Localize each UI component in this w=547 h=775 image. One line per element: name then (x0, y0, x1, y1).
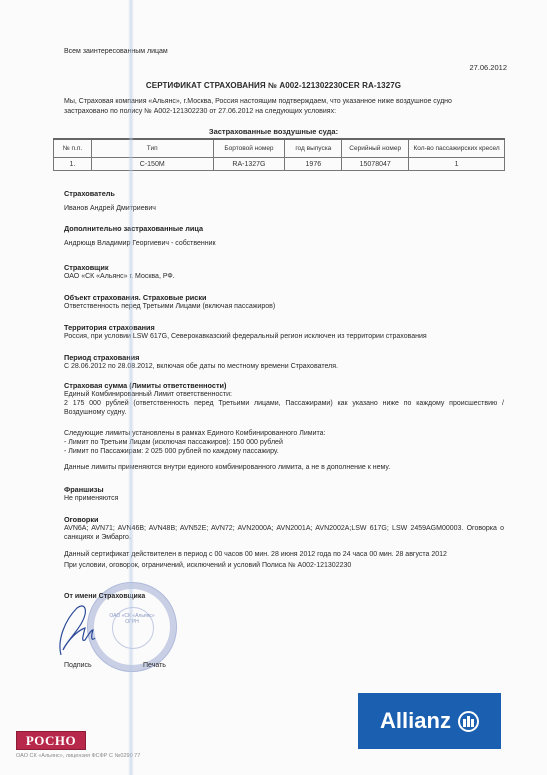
sublimit-passengers: - Лимит по Пассажирам: 2 025 000 рублей … (64, 447, 504, 456)
object-heading: Объект страхования. Страховые риски (64, 293, 504, 302)
insured-section: Страхователь Иванов Андрей Дмитриевич (64, 189, 504, 213)
additional-insured-section: Дополнительно застрахованные лица Андрющ… (64, 224, 504, 248)
col-header-type: Тип (91, 139, 213, 158)
col-header-serial: Серийный номер (342, 139, 409, 158)
clauses-text: AVN6A; AVN71; AVN46B; AVN48B; AVN52E; AV… (64, 524, 504, 542)
period-text: С 28.06.2012 по 28.08.2012, включая обе … (64, 362, 504, 371)
cell-serial: 15078047 (342, 158, 409, 171)
territory-section: Территория страхования Россия, при услов… (64, 323, 504, 341)
sum-insured-line1: Единый Комбинированный Лимит ответственн… (64, 390, 504, 399)
sublimits-intro: Следующие лимиты установлены в рамках Ед… (64, 429, 504, 438)
additional-insured-heading: Дополнительно застрахованные лица (64, 224, 504, 233)
insured-name: Иванов Андрей Дмитриевич (64, 204, 504, 213)
aircraft-table: № п.п. Тип Бортовой номер год выпуска Се… (53, 138, 505, 171)
clauses-section: Оговорки AVN6A; AVN71; AVN46B; AVN48B; A… (64, 515, 504, 542)
seal-text: ОАО «СК «Альянс» ОГРН (102, 613, 162, 625)
allianz-logo: Allianz (358, 693, 501, 749)
cell-type: C-150M (91, 158, 213, 171)
territory-text: Россия, при условии LSW 617G, Северокавк… (64, 332, 504, 341)
insured-heading: Страхователь (64, 189, 504, 198)
period-heading: Период страхования (64, 353, 504, 362)
license-text: ОАО СК «Альянс», лицензия ФСФР С №0290 7… (16, 753, 140, 759)
col-header-tail-number: Бортовой номер (213, 139, 285, 158)
validity-text: Данный сертификат действителен в период … (64, 550, 504, 559)
insurer-name: ОАО «СК «Альянс» г. Москва, РФ. (64, 272, 504, 281)
table-header-row: № п.п. Тип Бортовой номер год выпуска Се… (54, 139, 505, 158)
seal-label: Печать (143, 662, 166, 669)
cell-year: 1976 (285, 158, 342, 171)
object-text: Ответственность перед Третьими Лицами (в… (64, 302, 504, 311)
addressee: Всем заинтересованным лицам (64, 48, 168, 55)
subject-to-text: При условии, оговорок, ограничений, искл… (64, 561, 504, 570)
allianz-wordmark: Allianz (380, 708, 451, 734)
period-section: Период страхования С 28.06.2012 по 28.08… (64, 353, 504, 371)
signature-icon (55, 600, 100, 660)
clauses-heading: Оговорки (64, 515, 504, 524)
deductibles-text: Не применяются (64, 494, 504, 503)
aircraft-table-caption: Застрахованные воздушные суда: (0, 127, 547, 136)
col-header-seats: Кол-во пассажирских кресел (409, 139, 505, 158)
intro-paragraph: Мы, Страховая компания «Альянс», г.Москв… (64, 97, 492, 116)
validity-section: Данный сертификат действителен в период … (64, 550, 504, 570)
cell-seats: 1 (409, 158, 505, 171)
additional-insured-name: Андрющв Владимир Георгиевич - собственни… (64, 239, 504, 248)
insurer-section: Страховщик ОАО «СК «Альянс» г. Москва, Р… (64, 263, 504, 281)
col-header-year: год выпуска (285, 139, 342, 158)
sublimits-section: Следующие лимиты установлены в рамках Ед… (64, 429, 504, 472)
sublimits-note: Данные лимиты применяются внутри единого… (64, 463, 504, 472)
territory-heading: Территория страхования (64, 323, 504, 332)
insurer-heading: Страховщик (64, 263, 504, 272)
sum-insured-section: Страховая сумма (Лимиты ответственности)… (64, 381, 504, 417)
object-section: Объект страхования. Страховые риски Отве… (64, 293, 504, 311)
cell-number: 1. (54, 158, 92, 171)
certificate-page: Всем заинтересованным лицам 27.06.2012 С… (0, 0, 547, 775)
sublimit-third-parties: - Лимит по Третьим Лицам (исключая пасса… (64, 438, 504, 447)
document-date: 27.06.2012 (469, 63, 507, 72)
deductibles-heading: Франшизы (64, 485, 504, 494)
rosno-logo: РОСНО (16, 731, 86, 750)
allianz-eagle-icon (458, 711, 479, 732)
certificate-title: СЕРТИФИКАТ СТРАХОВАНИЯ № A002-121302230C… (0, 81, 547, 90)
on-behalf-label: От имени Страховщика (64, 592, 504, 601)
deductibles-section: Франшизы Не применяются (64, 485, 504, 503)
table-row: 1. C-150M RA-1327G 1976 15078047 1 (54, 158, 505, 171)
cell-tail-number: RA-1327G (213, 158, 285, 171)
signature-label: Подпись (64, 662, 92, 669)
col-header-number: № п.п. (54, 139, 92, 158)
sum-insured-line2: 2 175 000 рублей (ответственность перед … (64, 399, 504, 417)
sum-insured-heading: Страховая сумма (Лимиты ответственности) (64, 381, 504, 390)
